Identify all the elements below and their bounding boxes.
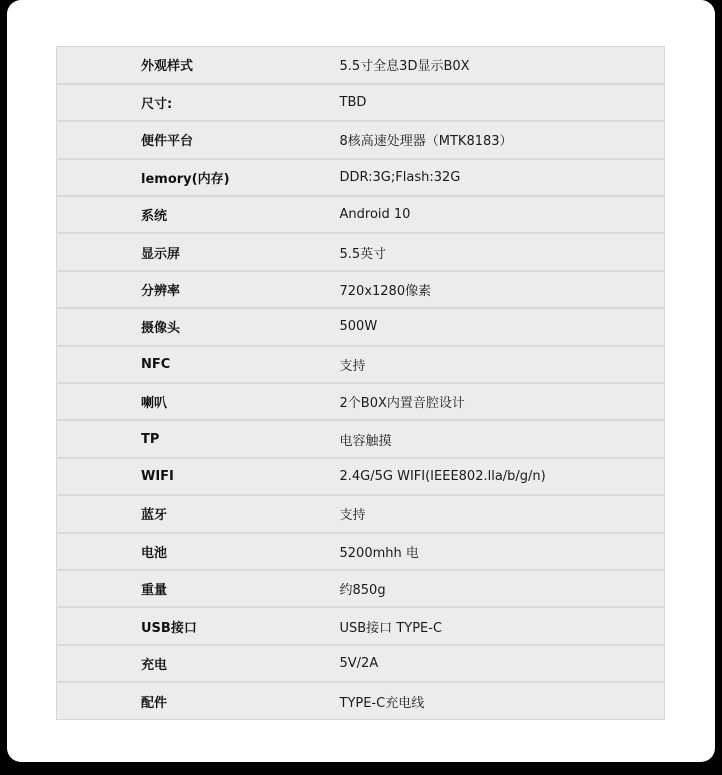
spec-value: 5200mhh 电 xyxy=(340,533,665,570)
spec-value: 720x1280像素 xyxy=(340,271,665,308)
spec-value: DDR:3G;Flash:32G xyxy=(340,159,665,196)
spec-label: 便件平台 xyxy=(57,121,340,158)
spec-label: WIFI xyxy=(57,458,340,495)
spec-label: 外观样式 xyxy=(57,47,340,84)
spec-label: 配件 xyxy=(57,682,340,719)
spec-label: 尺寸: xyxy=(57,84,340,121)
table-row: lemory(内存) DDR:3G;Flash:32G xyxy=(57,159,665,196)
spec-value: 500W xyxy=(340,308,665,345)
spec-card: 外观样式 5.5寸全息3D显示B0X 尺寸: TBD 便件平台 8核高速处理器（… xyxy=(7,0,715,762)
spec-value: 2.4G/5G WIFI(IEEE802.lla/b/g/n) xyxy=(340,458,665,495)
table-row: 充电 5V/2A xyxy=(57,645,665,682)
spec-value: Android 10 xyxy=(340,196,665,233)
spec-label: 蓝牙 xyxy=(57,495,340,532)
table-row: NFC 支持 xyxy=(57,346,665,383)
table-row: 摄像头 500W xyxy=(57,308,665,345)
table-row: 配件 TYPE-C充电线 xyxy=(57,682,665,719)
table-row: USB接口 USB接口 TYPE-C xyxy=(57,607,665,644)
spec-label: 重量 xyxy=(57,570,340,607)
spec-value: 支持 xyxy=(340,495,665,532)
table-row: 分辨率 720x1280像素 xyxy=(57,271,665,308)
spec-value: 5V/2A xyxy=(340,645,665,682)
spec-label: 充电 xyxy=(57,645,340,682)
spec-value: 5.5英寸 xyxy=(340,233,665,270)
spec-value: 支持 xyxy=(340,346,665,383)
spec-label: 显示屏 xyxy=(57,233,340,270)
spec-value: 5.5寸全息3D显示B0X xyxy=(340,47,665,84)
spec-value: TYPE-C充电线 xyxy=(340,682,665,719)
spec-value: 约850g xyxy=(340,570,665,607)
spec-label: lemory(内存) xyxy=(57,159,340,196)
spec-label: 喇叭 xyxy=(57,383,340,420)
spec-label: 分辨率 xyxy=(57,271,340,308)
spec-table: 外观样式 5.5寸全息3D显示B0X 尺寸: TBD 便件平台 8核高速处理器（… xyxy=(56,46,665,720)
table-row: 蓝牙 支持 xyxy=(57,495,665,532)
table-row: 外观样式 5.5寸全息3D显示B0X xyxy=(57,47,665,84)
table-row: 便件平台 8核高速处理器（MTK8183） xyxy=(57,121,665,158)
table-row: 重量 约850g xyxy=(57,570,665,607)
table-row: 显示屏 5.5英寸 xyxy=(57,233,665,270)
spec-label: NFC xyxy=(57,346,340,383)
spec-label: TP xyxy=(57,420,340,457)
spec-value: 电容触摸 xyxy=(340,420,665,457)
table-row: WIFI 2.4G/5G WIFI(IEEE802.lla/b/g/n) xyxy=(57,458,665,495)
table-row: 尺寸: TBD xyxy=(57,84,665,121)
spec-value: 2个B0X内置音腔设计 xyxy=(340,383,665,420)
table-row: TP 电容触摸 xyxy=(57,420,665,457)
table-row: 喇叭 2个B0X内置音腔设计 xyxy=(57,383,665,420)
spec-value: TBD xyxy=(340,84,665,121)
spec-label: 摄像头 xyxy=(57,308,340,345)
spec-value: USB接口 TYPE-C xyxy=(340,607,665,644)
spec-label: USB接口 xyxy=(57,607,340,644)
table-row: 电池 5200mhh 电 xyxy=(57,533,665,570)
spec-label: 电池 xyxy=(57,533,340,570)
spec-label: 系统 xyxy=(57,196,340,233)
table-row: 系统 Android 10 xyxy=(57,196,665,233)
spec-value: 8核高速处理器（MTK8183） xyxy=(340,121,665,158)
